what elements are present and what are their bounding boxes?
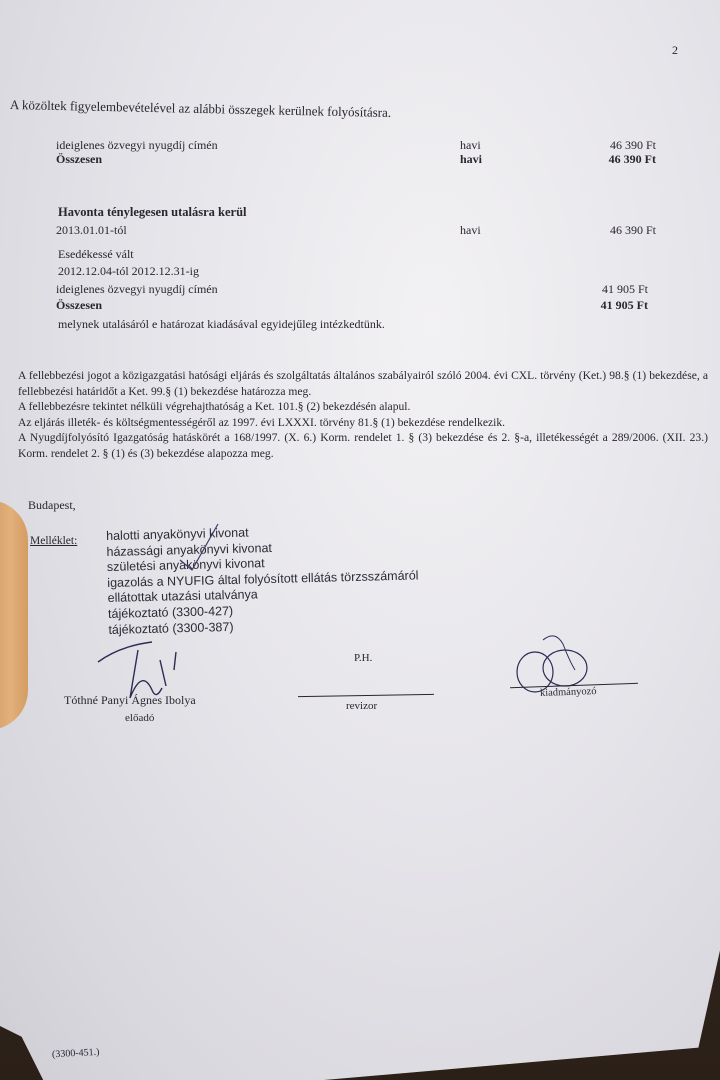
payment-unit: havi xyxy=(460,138,481,153)
holding-finger xyxy=(0,500,28,730)
attachments-label: Melléklet: xyxy=(30,536,77,548)
payment-amount: 46 390 Ft xyxy=(609,152,656,167)
city: Budapest, xyxy=(28,499,76,511)
monthly-from: 2013.01.01-tól xyxy=(56,223,127,238)
due-total-amount: 41 905 Ft xyxy=(601,298,648,313)
attachments-list: halotti anyakönyvi kivonat házassági any… xyxy=(106,521,420,638)
due-note: melynek utalásáról e határozat kiadásáva… xyxy=(58,318,385,330)
legal-paragraph: A fellebbezésre tekintet nélküli végreha… xyxy=(18,399,708,415)
due-total-row: Összesen 41 905 Ft xyxy=(56,298,648,313)
payment-unit: havi xyxy=(460,152,482,167)
legal-paragraph: A fellebbezési jogot a közigazgatási hat… xyxy=(18,368,708,399)
payment-total-row: Összesen havi 46 390 Ft xyxy=(56,152,656,167)
legal-section: A fellebbezési jogot a közigazgatási hat… xyxy=(18,368,708,461)
officer-role: előadó xyxy=(125,713,154,724)
stamp-label: P.H. xyxy=(354,653,372,664)
monthly-unit: havi xyxy=(460,223,481,238)
monthly-row: 2013.01.01-tól havi 46 390 Ft xyxy=(56,223,656,238)
checkmark-scribble xyxy=(170,520,230,580)
due-item-label: ideiglenes özvegyi nyugdíj címén xyxy=(56,282,218,297)
legal-paragraph: Az eljárás illeték- és költségmentességé… xyxy=(18,415,708,431)
due-total-label: Összesen xyxy=(56,298,102,313)
payment-label: ideiglenes özvegyi nyugdíj címén xyxy=(56,138,218,153)
payment-label: Összesen xyxy=(56,152,102,167)
legal-paragraph: A Nyugdíjfolyósító Igazgatóság hatásköré… xyxy=(18,430,708,461)
due-item-row: ideiglenes özvegyi nyugdíj címén 41 905 … xyxy=(56,282,648,297)
payment-row: ideiglenes özvegyi nyugdíj címén havi 46… xyxy=(56,138,656,153)
monthly-amount: 46 390 Ft xyxy=(610,223,656,238)
auditor-role: revizor xyxy=(346,701,377,712)
monthly-heading: Havonta ténylegesen utalásra kerül xyxy=(58,206,247,219)
due-period: 2012.12.04-tól 2012.12.31-ig xyxy=(58,265,199,277)
officer-name: Tóthné Panyi Ágnes Ibolya xyxy=(64,694,196,706)
due-heading: Esedékessé vált xyxy=(58,248,134,260)
issuer-role: kiadmányozó xyxy=(540,687,597,699)
payment-amount: 46 390 Ft xyxy=(610,138,656,153)
page-number: 2 xyxy=(672,44,678,56)
due-item-amount: 41 905 Ft xyxy=(602,282,648,297)
